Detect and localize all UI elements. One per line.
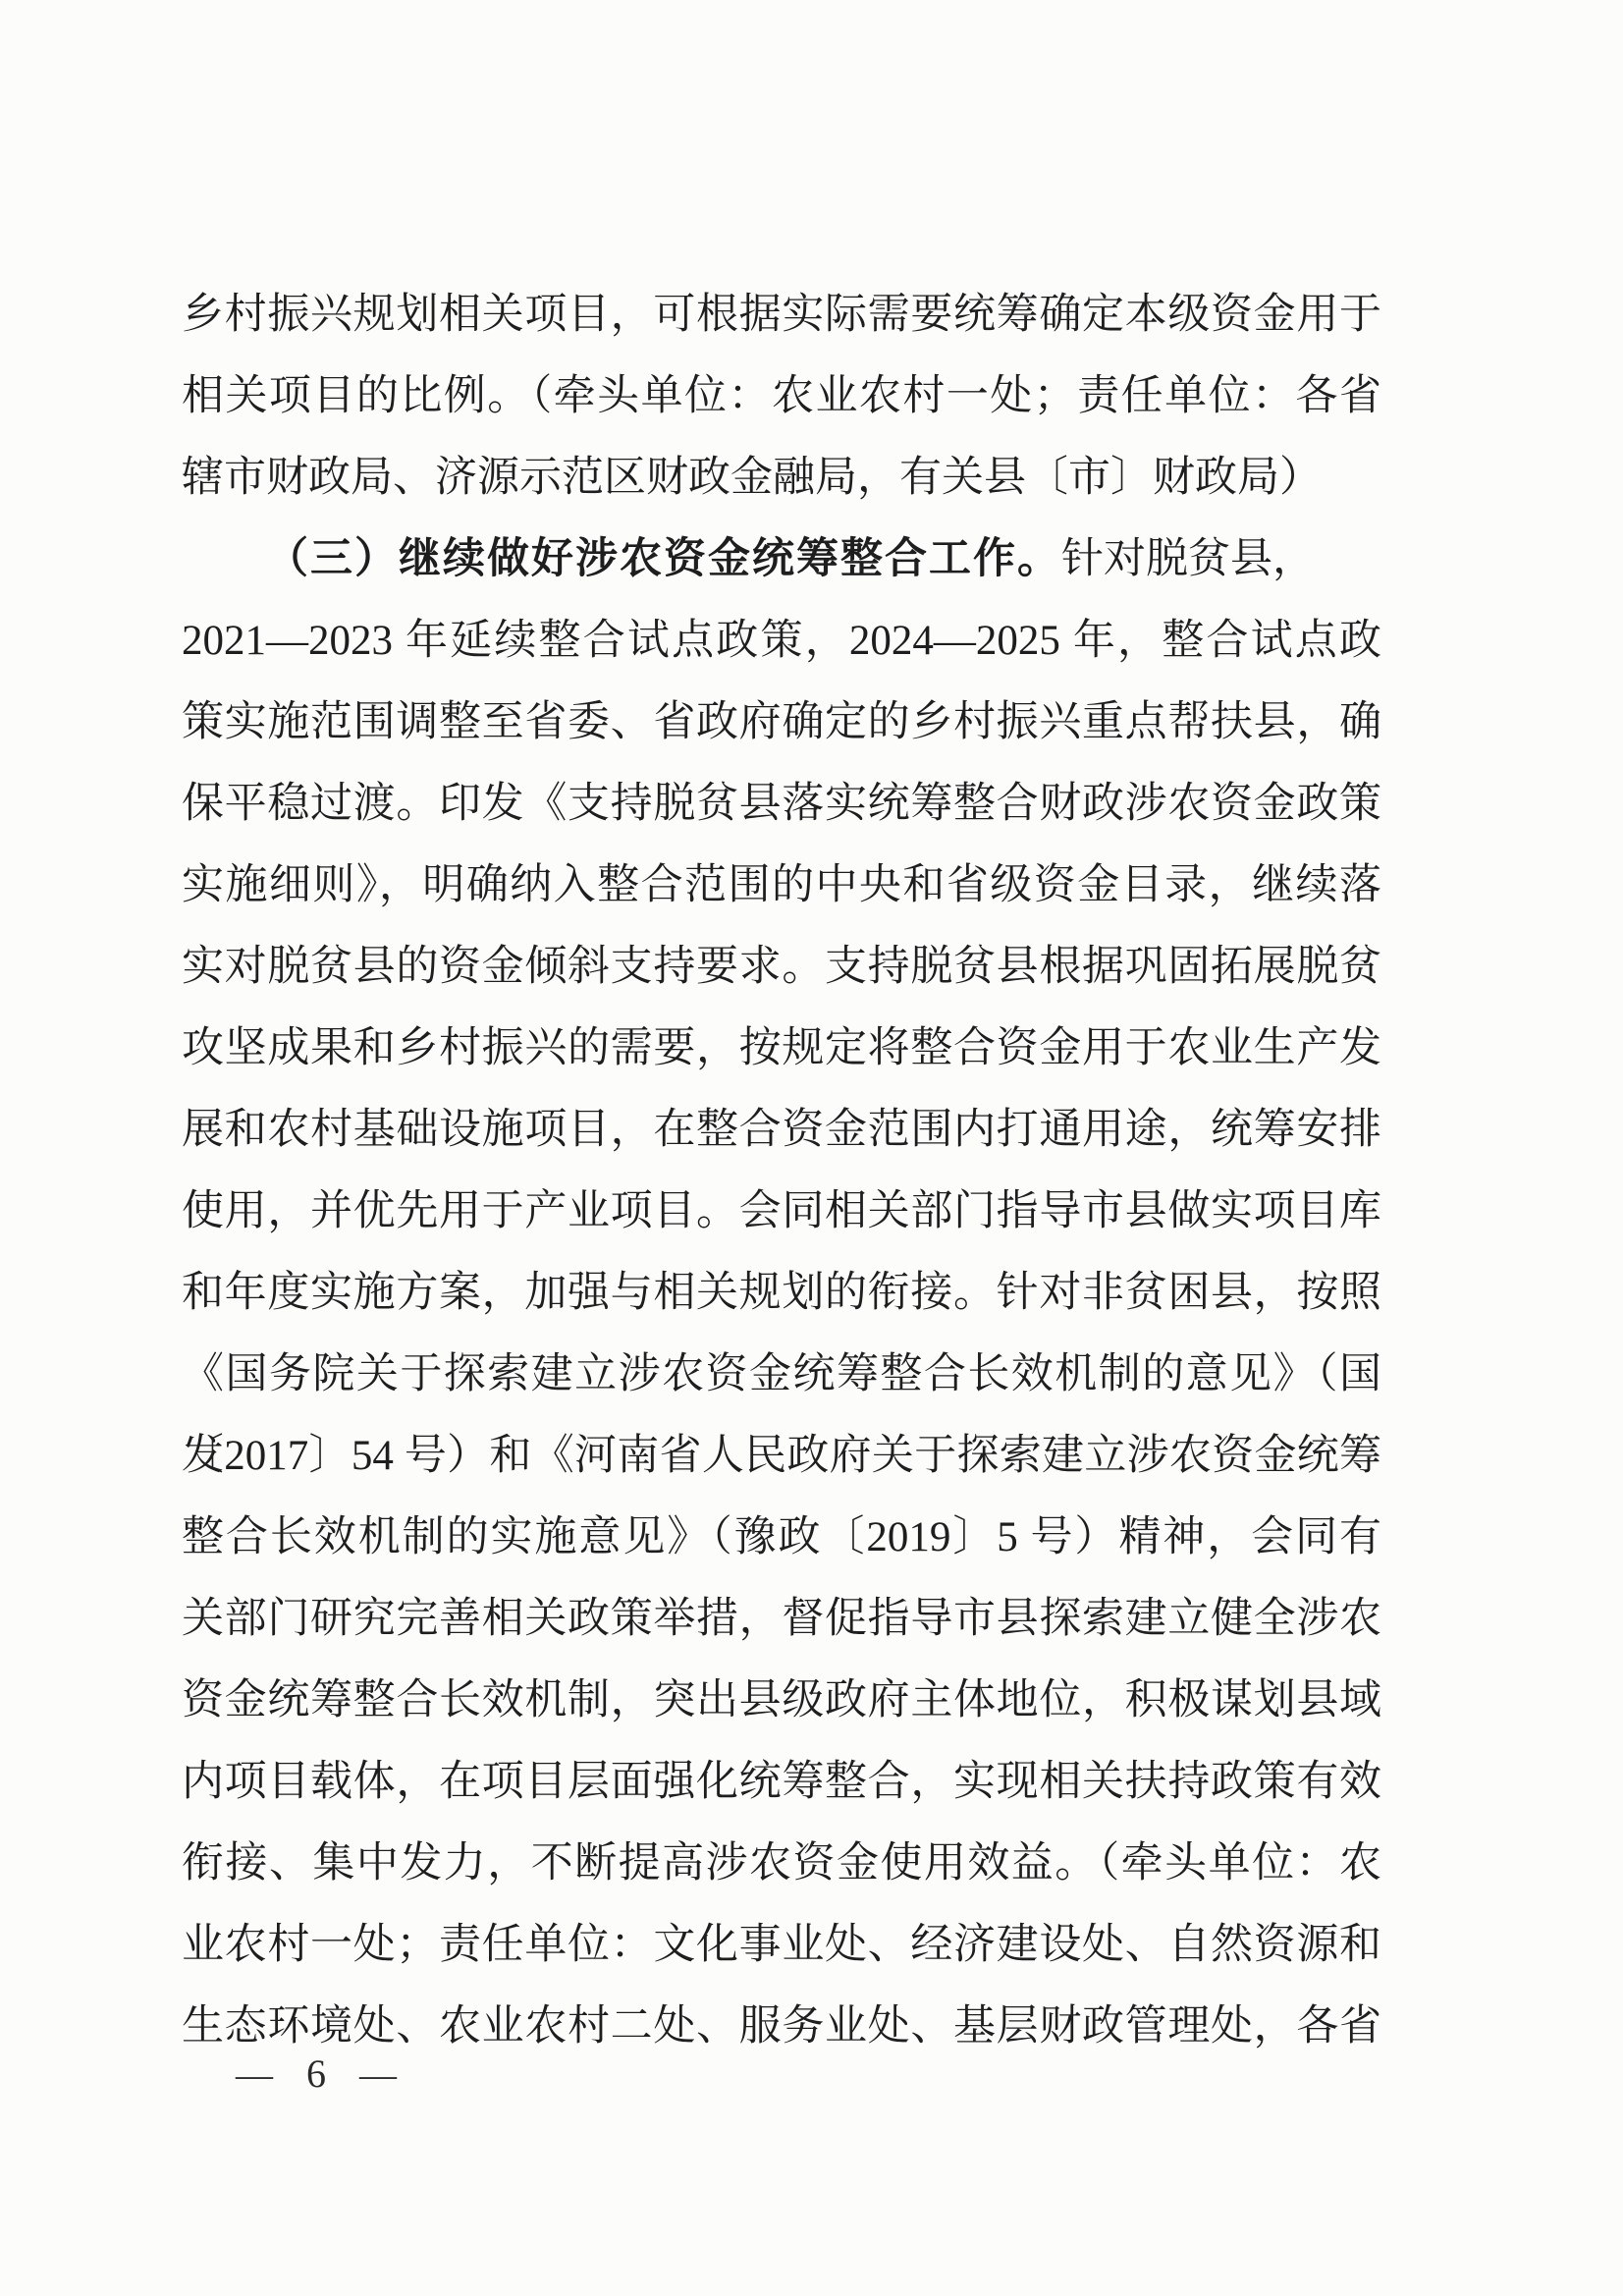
- text-line: 使用，并优先用于产业项目。会同相关部门指导市县做实项目库: [182, 1171, 1381, 1252]
- section-heading: （三）继续做好涉农资金统筹整合工作。: [266, 536, 1061, 582]
- text-line: 内项目载体，在项目层面强化统筹整合，实现相关扶持政策有效: [182, 1741, 1381, 1823]
- body-text: 资金统筹整合长效机制，突出县级政府主体地位，积极谋划县域: [182, 1677, 1381, 1723]
- text-line: 资金统筹整合长效机制，突出县级政府主体地位，积极谋划县域: [182, 1660, 1381, 1741]
- text-line: 衔接、集中发力，不断提高涉农资金使用效益。（牵头单位：农: [182, 1823, 1381, 1904]
- text-line: 保平稳过渡。印发《支持脱贫县落实统筹整合财政涉农资金政策: [182, 763, 1381, 845]
- text-line: 展和农村基础设施项目，在整合资金范围内打通用途，统筹安排: [182, 1089, 1381, 1171]
- body-text: 使用，并优先用于产业项目。会同相关部门指导市县做实项目库: [182, 1188, 1381, 1234]
- body-text: 内项目载体，在项目层面强化统筹整合，实现相关扶持政策有效: [182, 1759, 1381, 1805]
- body-text: 实对脱贫县的资金倾斜支持要求。支持脱贫县根据巩固拓展脱贫: [182, 944, 1381, 990]
- text-line: 〔2017〕54 号）和《河南省人民政府关于探索建立涉农资金统筹: [182, 1415, 1381, 1497]
- page-footer: —6—: [236, 2050, 397, 2099]
- text-line: 攻坚成果和乡村振兴的需要，按规定将整合资金用于农业生产发: [182, 1008, 1381, 1089]
- body-text: 业农村一处；责任单位：文化事业处、经济建设处、自然资源和: [182, 1922, 1381, 1968]
- text-line: 实施细则》，明确纳入整合范围的中央和省级资金目录，继续落: [182, 845, 1381, 926]
- body-text: 〔2017〕54 号）和《河南省人民政府关于探索建立涉农资金统筹: [182, 1433, 1381, 1479]
- text-line: 和年度实施方案，加强与相关规划的衔接。针对非贫困县，按照: [182, 1252, 1381, 1334]
- body-text: 衔接、集中发力，不断提高涉农资金使用效益。（牵头单位：农: [182, 1840, 1381, 1886]
- body-text: 乡村振兴规划相关项目，可根据实际需要统筹确定本级资金用于: [182, 292, 1381, 338]
- text-line: 《国务院关于探索建立涉农资金统筹整合长效机制的意见》（国发: [182, 1334, 1381, 1415]
- text-line: （三）继续做好涉农资金统筹整合工作。针对脱贫县，: [182, 519, 1381, 600]
- body-text: 针对脱贫县，: [1061, 536, 1315, 582]
- body-text: 和年度实施方案，加强与相关规划的衔接。针对非贫困县，按照: [182, 1270, 1381, 1316]
- text-line: 辖市财政局、济源示范区财政金融局，有关县〔市〕财政局）: [182, 437, 1381, 519]
- text-line: 2021—2023 年延续整合试点政策，2024—2025 年，整合试点政: [182, 600, 1381, 682]
- text-line: 关部门研究完善相关政策举措，督促指导市县探索建立健全涉农: [182, 1578, 1381, 1660]
- body-text: 2021—2023 年延续整合试点政策，2024—2025 年，整合试点政: [182, 618, 1381, 664]
- text-line: 相关项目的比例。（牵头单位：农业农村一处；责任单位：各省: [182, 355, 1381, 437]
- body-text: 展和农村基础设施项目，在整合资金范围内打通用途，统筹安排: [182, 1107, 1381, 1153]
- document-page: 乡村振兴规划相关项目，可根据实际需要统筹确定本级资金用于相关项目的比例。（牵头单…: [0, 0, 1623, 2296]
- text-line: 乡村振兴规划相关项目，可根据实际需要统筹确定本级资金用于: [182, 274, 1381, 355]
- page-number: 6: [306, 2050, 326, 2098]
- body-text: 保平稳过渡。印发《支持脱贫县落实统筹整合财政涉农资金政策: [182, 781, 1381, 827]
- body-text: 攻坚成果和乡村振兴的需要，按规定将整合资金用于农业生产发: [182, 1025, 1381, 1071]
- body-text: 关部门研究完善相关政策举措，督促指导市县探索建立健全涉农: [182, 1596, 1381, 1642]
- body-text: 策实施范围调整至省委、省政府确定的乡村振兴重点帮扶县，确: [182, 699, 1381, 745]
- text-block: 乡村振兴规划相关项目，可根据实际需要统筹确定本级资金用于相关项目的比例。（牵头单…: [182, 274, 1381, 2067]
- body-text: 实施细则》，明确纳入整合范围的中央和省级资金目录，继续落: [182, 862, 1381, 908]
- text-line: 实对脱贫县的资金倾斜支持要求。支持脱贫县根据巩固拓展脱贫: [182, 926, 1381, 1008]
- body-text: 相关项目的比例。（牵头单位：农业农村一处；责任单位：各省: [182, 373, 1381, 419]
- footer-left-dash: —: [236, 2051, 273, 2099]
- body-text: 生态环境处、农业农村二处、服务业处、基层财政管理处，各省: [182, 2003, 1381, 2050]
- text-line: 业农村一处；责任单位：文化事业处、经济建设处、自然资源和: [182, 1904, 1381, 1986]
- text-line: 策实施范围调整至省委、省政府确定的乡村振兴重点帮扶县，确: [182, 682, 1381, 763]
- body-text: 辖市财政局、济源示范区财政金融局，有关县〔市〕财政局）: [182, 455, 1322, 501]
- text-line: 整合长效机制的实施意见》（豫政〔2019〕5 号）精神，会同有: [182, 1497, 1381, 1578]
- body-text: 整合长效机制的实施意见》（豫政〔2019〕5 号）精神，会同有: [182, 1514, 1381, 1560]
- footer-right-dash: —: [359, 2051, 397, 2099]
